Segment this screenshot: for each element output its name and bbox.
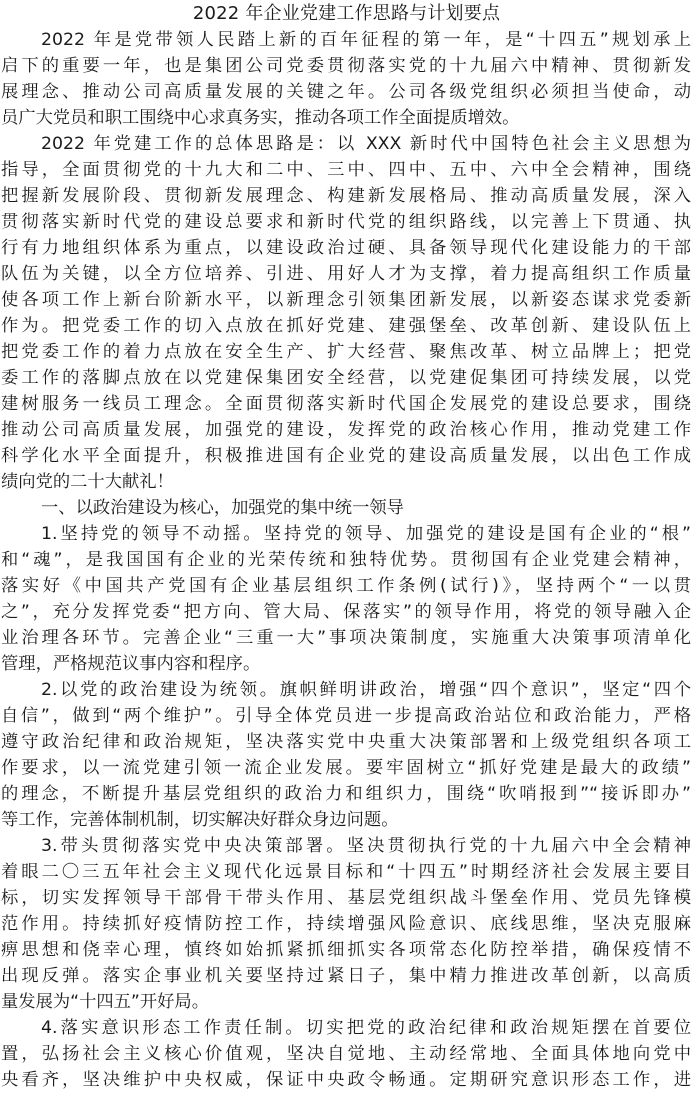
paragraph: 2022 年是党带领人民踏上新的百年征程的第一年，是“十四五”规划承上启下的重要… (0, 27, 693, 131)
paragraph: 2.以党的政治建设为统领。旗帜鲜明讲政治，增强“四个意识”，坚定“四个自信”，做… (0, 677, 693, 833)
document-body: 2022 年是党带领人民踏上新的百年征程的第一年，是“十四五”规划承上启下的重要… (0, 27, 693, 1093)
text-line: 一、以政治建设为核心，加强党的集中统一领导 (0, 495, 693, 521)
text-line: 把握新发展阶段、贯彻新发展理念、构建新发展格局、推动高质量发展，深入 (0, 183, 693, 209)
text-line: 自信”，做到“两个维护”。引导全体党员进一步提高政治站位和政治能力，严格 (0, 703, 693, 729)
text-line: 范作用。持续抓好疫情防控工作，持续增强风险意识、底线思维，坚决克服麻 (0, 911, 693, 937)
text-line: 展理念、推动公司高质量发展的关键之年。公司各级党组织必须担当使命，动 (0, 79, 693, 105)
paragraph: 4.落实意识形态工作责任制。切实把党的政治纪律和政治规矩摆在首要位置，弘扬社会主… (0, 1015, 693, 1093)
paragraph: 1.坚持党的领导不动摇。坚持党的领导、加强党的建设是国有企业的“根”和“魂”，是… (0, 521, 693, 677)
text-line: 指导，全面贯彻党的十九大和二中、三中、四中、五中、六中全会精神，围绕 (0, 157, 693, 183)
text-line: 作要求，以一流党建引领一流企业发展。要牢固树立“抓好党建是最大的政绩” (0, 755, 693, 781)
text-line: 启下的重要一年，也是集团公司党委贯彻落实党的十九届六中精神、贯彻新发 (0, 53, 693, 79)
text-line: 2.以党的政治建设为统领。旗帜鲜明讲政治，增强“四个意识”，坚定“四个 (0, 677, 693, 703)
text-line: 行有力地组织体系为重点，以建设政治过硬、具备领导现代化建设能力的干部 (0, 235, 693, 261)
text-line: 2022 年党建工作的总体思路是：以 XXX 新时代中国特色社会主义思想为 (0, 131, 693, 157)
text-line: 员广大党员和职工围绕中心求真务实，推动各项工作全面提质增效。 (0, 105, 693, 131)
text-line: 落实好《中国共产党国有企业基层组织工作条例(试行)》，坚持两个“一以贯 (0, 573, 693, 599)
document-title: 2022 年企业党建工作思路与计划要点 (0, 1, 693, 27)
section-heading: 一、以政治建设为核心，加强党的集中统一领导 (0, 495, 693, 521)
text-line: 使各项工作上新台阶新水平，以新理念引领集团新发展，以新姿态谋求党委新 (0, 287, 693, 313)
text-line: 贯彻落实新时代党的建设总要求和新时代党的组织路线，以完善上下贯通、执 (0, 209, 693, 235)
text-line: 央看齐，坚决维护中央权威，保证中央政令畅通。定期研究意识形态工作，进 (0, 1067, 693, 1093)
text-line: 3.带头贯彻落实党中央决策部署。坚决贯彻执行党的十九届六中全会精神 (0, 833, 693, 859)
text-line: 管理，严格规范议事内容和程序。 (0, 651, 693, 677)
text-line: 和“魂”，是我国国有企业的光荣传统和独特优势。贯彻国有企业党建会精神， (0, 547, 693, 573)
text-line: 作为。把党委工作的切入点放在抓好党建、建强堡垒、改革创新、建设队伍上 (0, 313, 693, 339)
text-line: 把党委工作的着力点放在安全生产、扩大经营、聚焦改革、树立品牌上；把党 (0, 339, 693, 365)
text-line: 2022 年是党带领人民踏上新的百年征程的第一年，是“十四五”规划承上 (0, 27, 693, 53)
text-line: 队伍为关键，以全方位培养、引进、用好人才为支撑，着力提高组织工作质量 (0, 261, 693, 287)
text-line: 1.坚持党的领导不动摇。坚持党的领导、加强党的建设是国有企业的“根” (0, 521, 693, 547)
text-line: 出现反弹。落实企事业机关要坚持过紧日子，集中精力推进改革创新，以高质 (0, 963, 693, 989)
text-line: 标，切实发挥领导干部骨干带头作用、基层党组织战斗堡垒作用、党员先锋模 (0, 885, 693, 911)
text-line: 痹思想和侥幸心理，慎终如始抓紧抓细抓实各项常态化防控举措，确保疫情不 (0, 937, 693, 963)
text-line: 推动公司高质量发展，加强党的建设，发挥党的政治核心作用，推动党建工作 (0, 417, 693, 443)
text-line: 建树服务一线员工理念。全面贯彻落实新时代国企发展党的建设总要求，围绕 (0, 391, 693, 417)
text-line: 委工作的落脚点放在以党建保集团安全经营，以党建促集团可持续发展，以党 (0, 365, 693, 391)
paragraph: 2022 年党建工作的总体思路是：以 XXX 新时代中国特色社会主义思想为指导，… (0, 131, 693, 495)
text-line: 等工作，完善体制机制，切实解决好群众身边问题。 (0, 807, 693, 833)
text-line: 4.落实意识形态工作责任制。切实把党的政治纪律和政治规矩摆在首要位 (0, 1015, 693, 1041)
text-line: 的理念，不断提升基层党组织的政治力和组织力，围绕“吹哨报到”“接诉即办” (0, 781, 693, 807)
document-page: 2022 年企业党建工作思路与计划要点 2022 年是党带领人民踏上新的百年征程… (0, 0, 693, 1093)
text-line: 之”，充分发挥党委“把方向、管大局、保落实”的领导作用，将党的领导融入企 (0, 599, 693, 625)
text-line: 科学化水平全面提升，积极推进国有企业党的建设高质量发展，以出色工作成 (0, 443, 693, 469)
text-line: 量发展为“十四五”开好局。 (0, 989, 693, 1015)
text-line: 遵守政治纪律和政治规矩，坚决落实党中央重大决策部署和上级党组织各项工 (0, 729, 693, 755)
text-line: 绩向党的二十大献礼！ (0, 469, 693, 495)
text-line: 置，弘扬社会主义核心价值观，坚决自觉地、主动经常地、全面具体地向党中 (0, 1041, 693, 1067)
text-line: 着眼二〇三五年社会主义现代化远景目标和“十四五”时期经济社会发展主要目 (0, 859, 693, 885)
text-line: 业治理各环节。完善企业“三重一大”事项决策制度，实施重大决策事项清单化 (0, 625, 693, 651)
paragraph: 3.带头贯彻落实党中央决策部署。坚决贯彻执行党的十九届六中全会精神着眼二〇三五年… (0, 833, 693, 1015)
